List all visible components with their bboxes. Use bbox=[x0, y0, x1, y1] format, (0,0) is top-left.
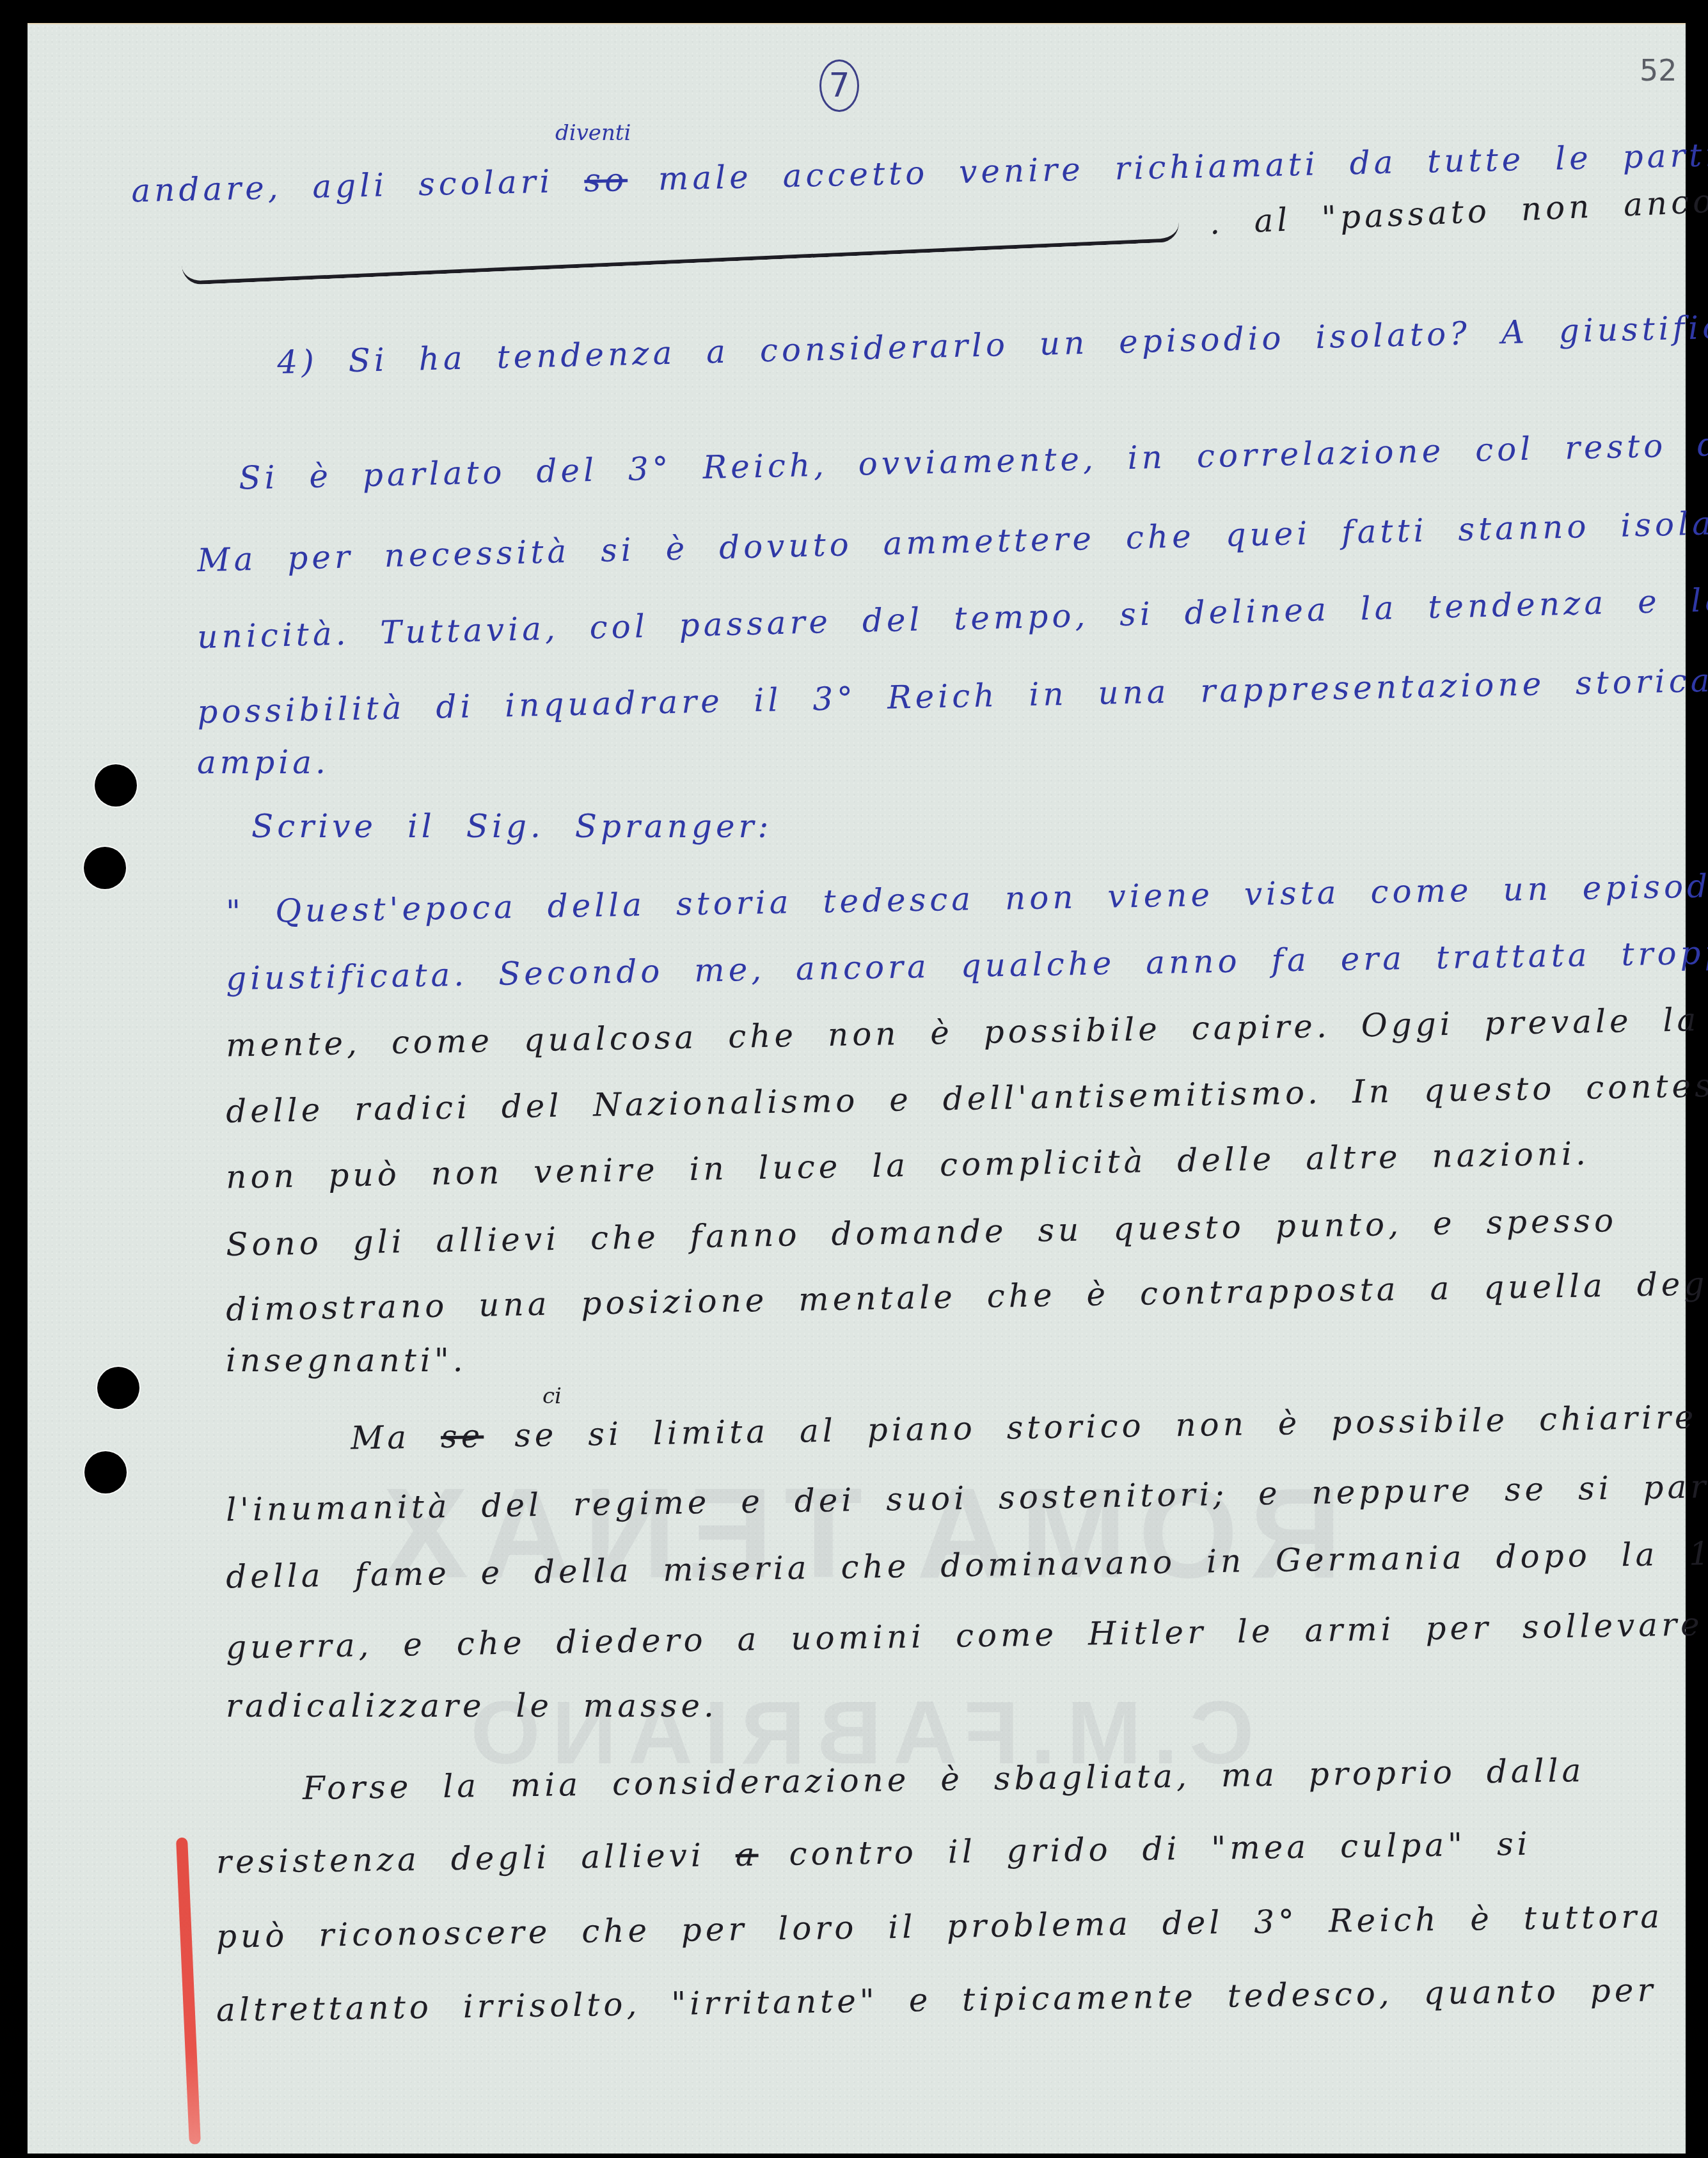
red-margin-mark bbox=[176, 1838, 201, 2145]
question-4: 4) Si ha tendenza a considerarlo un epis… bbox=[277, 299, 1708, 381]
para1-line-5: ampia. bbox=[197, 744, 329, 781]
para1-line-4: possibilità di inquadrare il 3° Reich in… bbox=[197, 660, 1708, 731]
forse-line-2: resistenza degli allievi a contro il gri… bbox=[216, 1825, 1531, 1881]
ma-line-5: radicalizzare le masse. bbox=[226, 1687, 718, 1724]
para1-line-3: unicità. Tuttavia, col passare del tempo… bbox=[197, 581, 1708, 656]
manuscript-page: ROMA TENAX C.M.FABRIANO 7 52 diventi and… bbox=[28, 23, 1686, 2154]
para1-line-1: Si è parlato del 3° Reich, ovviamente, i… bbox=[239, 420, 1708, 496]
quote-line-4: delle radici del Nazionalismo e dell'ant… bbox=[226, 1066, 1708, 1130]
quote-line-7: dimostrano una posizione mentale che è c… bbox=[226, 1264, 1708, 1328]
struck-word: a bbox=[735, 1836, 759, 1873]
sheet-number-circled: 7 bbox=[819, 59, 859, 112]
punch-hole-2 bbox=[84, 847, 126, 889]
forse-line-2-a: resistenza degli allievi bbox=[216, 1837, 706, 1881]
quote-line-8: insegnanti". bbox=[226, 1342, 467, 1379]
forse-line-2-b: contro il grido di "mea culpa" si bbox=[789, 1825, 1531, 1873]
ma-line-1-rest: se si limita al piano storico non è poss… bbox=[514, 1398, 1698, 1454]
quote-line-1: " Quest'epoca della storia tedesca non v… bbox=[226, 863, 1708, 931]
quote-line-2: giustificata. Secondo me, ancora qualche… bbox=[226, 931, 1708, 998]
page-number: 52 bbox=[1640, 53, 1677, 88]
punch-hole-3 bbox=[97, 1367, 139, 1409]
insertion-diventi: diventi bbox=[555, 120, 631, 146]
quote-line-5: non può non venire in luce la complicità… bbox=[226, 1135, 1590, 1195]
ma-line-4: guerra, e che diedero a uomini come Hitl… bbox=[226, 1605, 1708, 1666]
insertion-ci: ci bbox=[542, 1383, 562, 1409]
ma-word: Ma bbox=[351, 1419, 411, 1456]
quote-line-3: mente, come qualcosa che non è possibile… bbox=[226, 998, 1708, 1064]
quote-intro: Scrive il Sig. Spranger: bbox=[251, 808, 772, 845]
punch-hole-1 bbox=[95, 764, 137, 807]
crossed-out-passage bbox=[182, 212, 1180, 285]
forse-line-3: può riconoscere che per loro il problema… bbox=[216, 1898, 1664, 1955]
forse-line-4: altrettanto irrisolto, "irritante" e tip… bbox=[216, 1971, 1657, 2028]
para1-line-2: Ma per necessità si è dovuto ammettere c… bbox=[197, 498, 1708, 579]
struck-word: so bbox=[584, 161, 628, 200]
struck-word: se bbox=[441, 1417, 484, 1455]
punch-hole-4 bbox=[84, 1451, 127, 1493]
text-line-1-b: male accetto venire richiamati da tutte … bbox=[658, 136, 1708, 198]
quote-line-6: Sono gli allievi che fanno domande su qu… bbox=[226, 1202, 1618, 1263]
text-line-1-a: andare, agli scolari bbox=[131, 162, 554, 209]
